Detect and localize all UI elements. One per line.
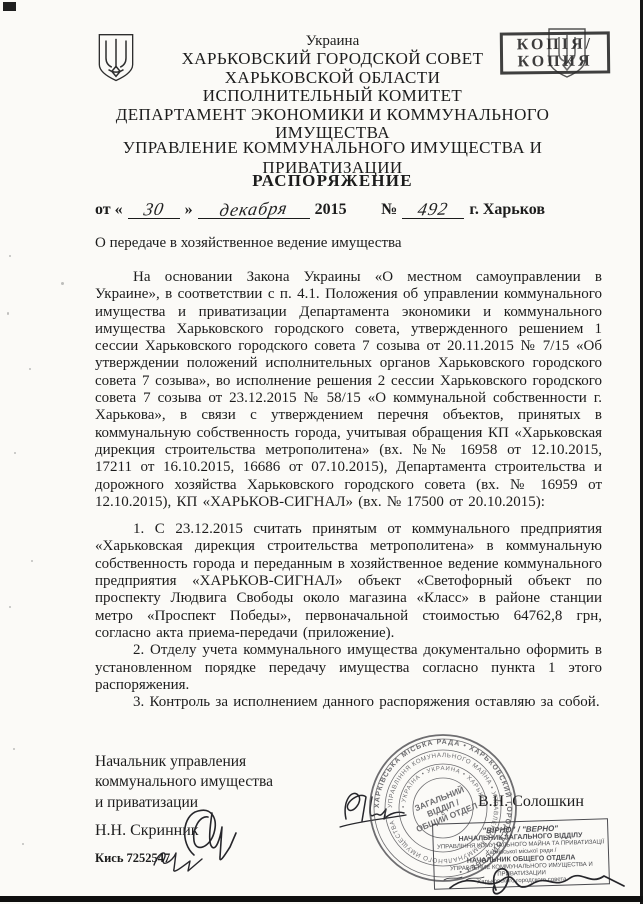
copy-stamp-shield-icon [546, 27, 588, 79]
body-paragraph: На основании Закона Украины «О местном с… [95, 269, 602, 511]
signer-position-line: Начальник управления [95, 752, 273, 772]
number-field: 492 [402, 197, 464, 219]
date-prefix: от « [95, 201, 123, 219]
handwritten-number: 492 [416, 198, 450, 220]
scan-speck [22, 843, 24, 845]
verify-stamp-signature [438, 862, 638, 902]
scan-speck [7, 312, 9, 315]
scan-speck [14, 452, 16, 454]
date-close-quote: » [185, 201, 193, 219]
document-body: На основании Закона Украины «О местном с… [95, 269, 602, 711]
body-item-2: 2. Отделу учета коммунального имущества … [95, 642, 602, 694]
scan-speck [9, 606, 11, 608]
kis-signature-flourish [150, 845, 212, 877]
date-month-field: декабря [198, 197, 310, 219]
number-label: № [381, 201, 397, 219]
date-group: от « 30 » декабря 2015 [95, 197, 347, 219]
city-label: г. Харьков [469, 201, 545, 219]
body-item-3: 3. Контроль за исполнением данного распо… [95, 694, 602, 711]
date-day-field: 30 [128, 197, 180, 219]
header-org-line: ИСПОЛНИТЕЛЬНЫЙ КОМИТЕТ [60, 87, 605, 106]
scan-speck [31, 560, 33, 562]
number-group: № 492 г. Харьков [381, 197, 545, 219]
date-number-row: от « 30 » декабря 2015 № 492 г. Харьков [95, 197, 545, 219]
scan-speck [9, 255, 11, 257]
scan-speck [29, 368, 31, 370]
scan-speck [61, 282, 64, 285]
document-type-title: РАСПОРЯЖЕНИЕ [60, 171, 605, 191]
handwritten-day: 30 [142, 199, 166, 221]
handwritten-month: декабря [218, 198, 290, 221]
signer-position-line: коммунального имущества [95, 772, 273, 792]
document-page: Украина ХАРЬКОВСКИЙ ГОРОДСКОЙ СОВЕТ ХАРЬ… [0, 0, 643, 904]
date-year: 2015 [315, 201, 347, 219]
document-subject: О передаче в хозяйственное ведение имуще… [95, 235, 402, 252]
scan-speck [13, 748, 15, 750]
body-item-1: 1. С 23.12.2015 считать принятым от комм… [95, 521, 602, 642]
scan-corner-mark [3, 2, 16, 11]
